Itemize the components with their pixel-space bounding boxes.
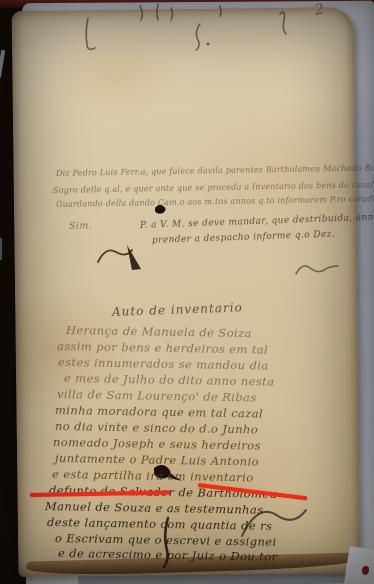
left-paper-sliver [0,50,5,78]
photographed-manuscript: 2 Diz Pedro Luis Ferr.a, que falece davi… [0,0,374,584]
left-paper-sliver [0,238,2,260]
margin-flourish [294,260,342,282]
marginal-approval: Sim. [69,220,93,232]
clerk-rubric-flourish [96,242,150,272]
ink-bleed-marks [70,2,310,74]
